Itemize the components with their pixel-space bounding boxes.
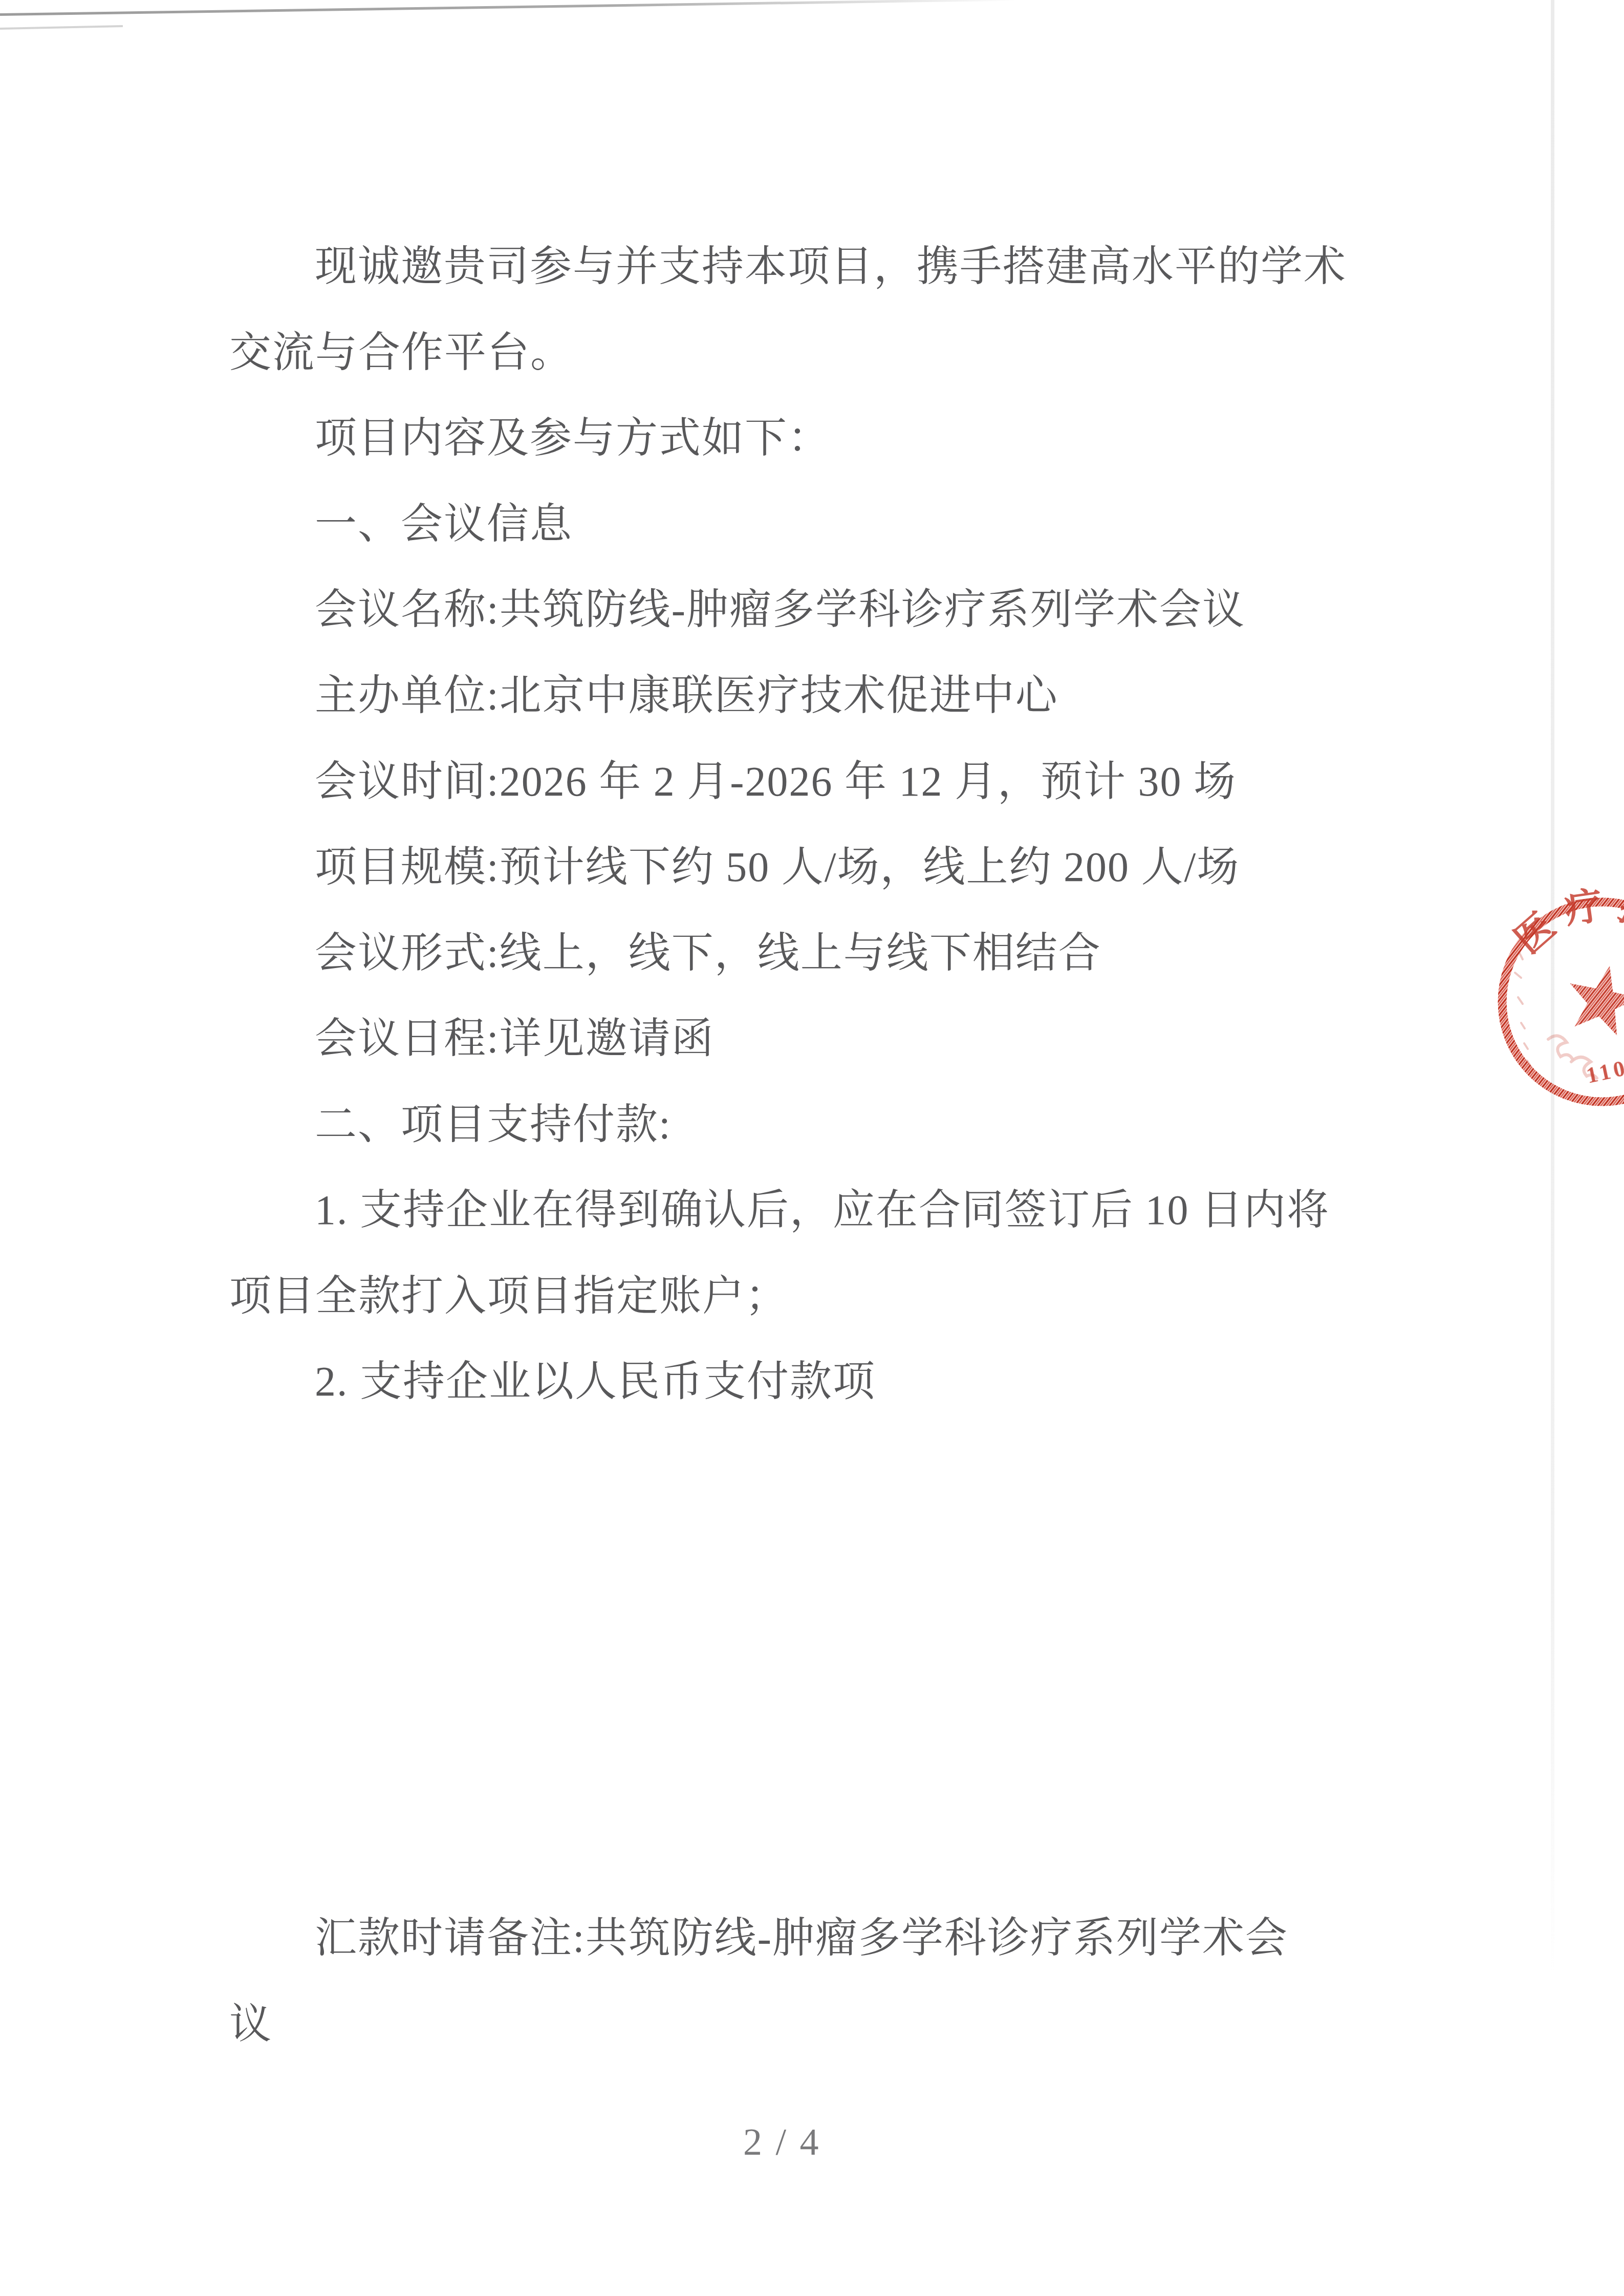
scan-artifact-top-line [0,0,1019,16]
project-scale-line: 项目规模:预计线下约 50 人/场，线上约 200 人/场 [315,846,1240,888]
body-line: 交流与合作平台。 [229,332,573,374]
payment-term-line: 项目全款打入项目指定账户； [229,1275,788,1317]
organizer-line: 主办单位:北京中康联医疗技术促进中心 [315,675,1058,717]
remittance-note-line: 议 [229,2003,272,2045]
scan-artifact-top-line-short [0,25,123,30]
agenda-line: 会议日程:详见邀请函 [315,1018,714,1060]
star-icon [1570,966,1624,1036]
meeting-format-line: 会议形式:线上，线下，线上与线下相结合 [315,932,1101,974]
section-heading: 二、项目支持付款: [315,1104,672,1146]
payment-term-line: 1. 支持企业在得到确认后，应在合同签订后 10 日内将 [315,1189,1330,1231]
official-seal-stamp: 医疗技 110 [1495,870,1624,1136]
meeting-name-line: 会议名称:共筑防线-肿瘤多学科诊疗系列学术会议 [315,589,1245,631]
remittance-note-line: 汇款时请备注:共筑防线-肿瘤多学科诊疗系列学术会 [315,1917,1288,1959]
body-line: 项目内容及参与方式如下： [315,417,831,459]
page-number: 2 / 4 [743,2121,821,2164]
payment-term-line: 2. 支持企业以人民币支付款项 [315,1361,876,1403]
scanned-document-page: 现诚邀贵司参与并支持本项目，携手搭建高水平的学术 交流与合作平台。 项目内容及参… [0,0,1624,2296]
meeting-time-line: 会议时间:2026 年 2 月-2026 年 12 月，预计 30 场 [315,761,1237,803]
body-line: 现诚邀贵司参与并支持本项目，携手搭建高水平的学术 [315,246,1347,288]
seal-arc-text: 医疗技 [1507,884,1624,962]
section-heading: 一、会议信息 [315,503,573,545]
